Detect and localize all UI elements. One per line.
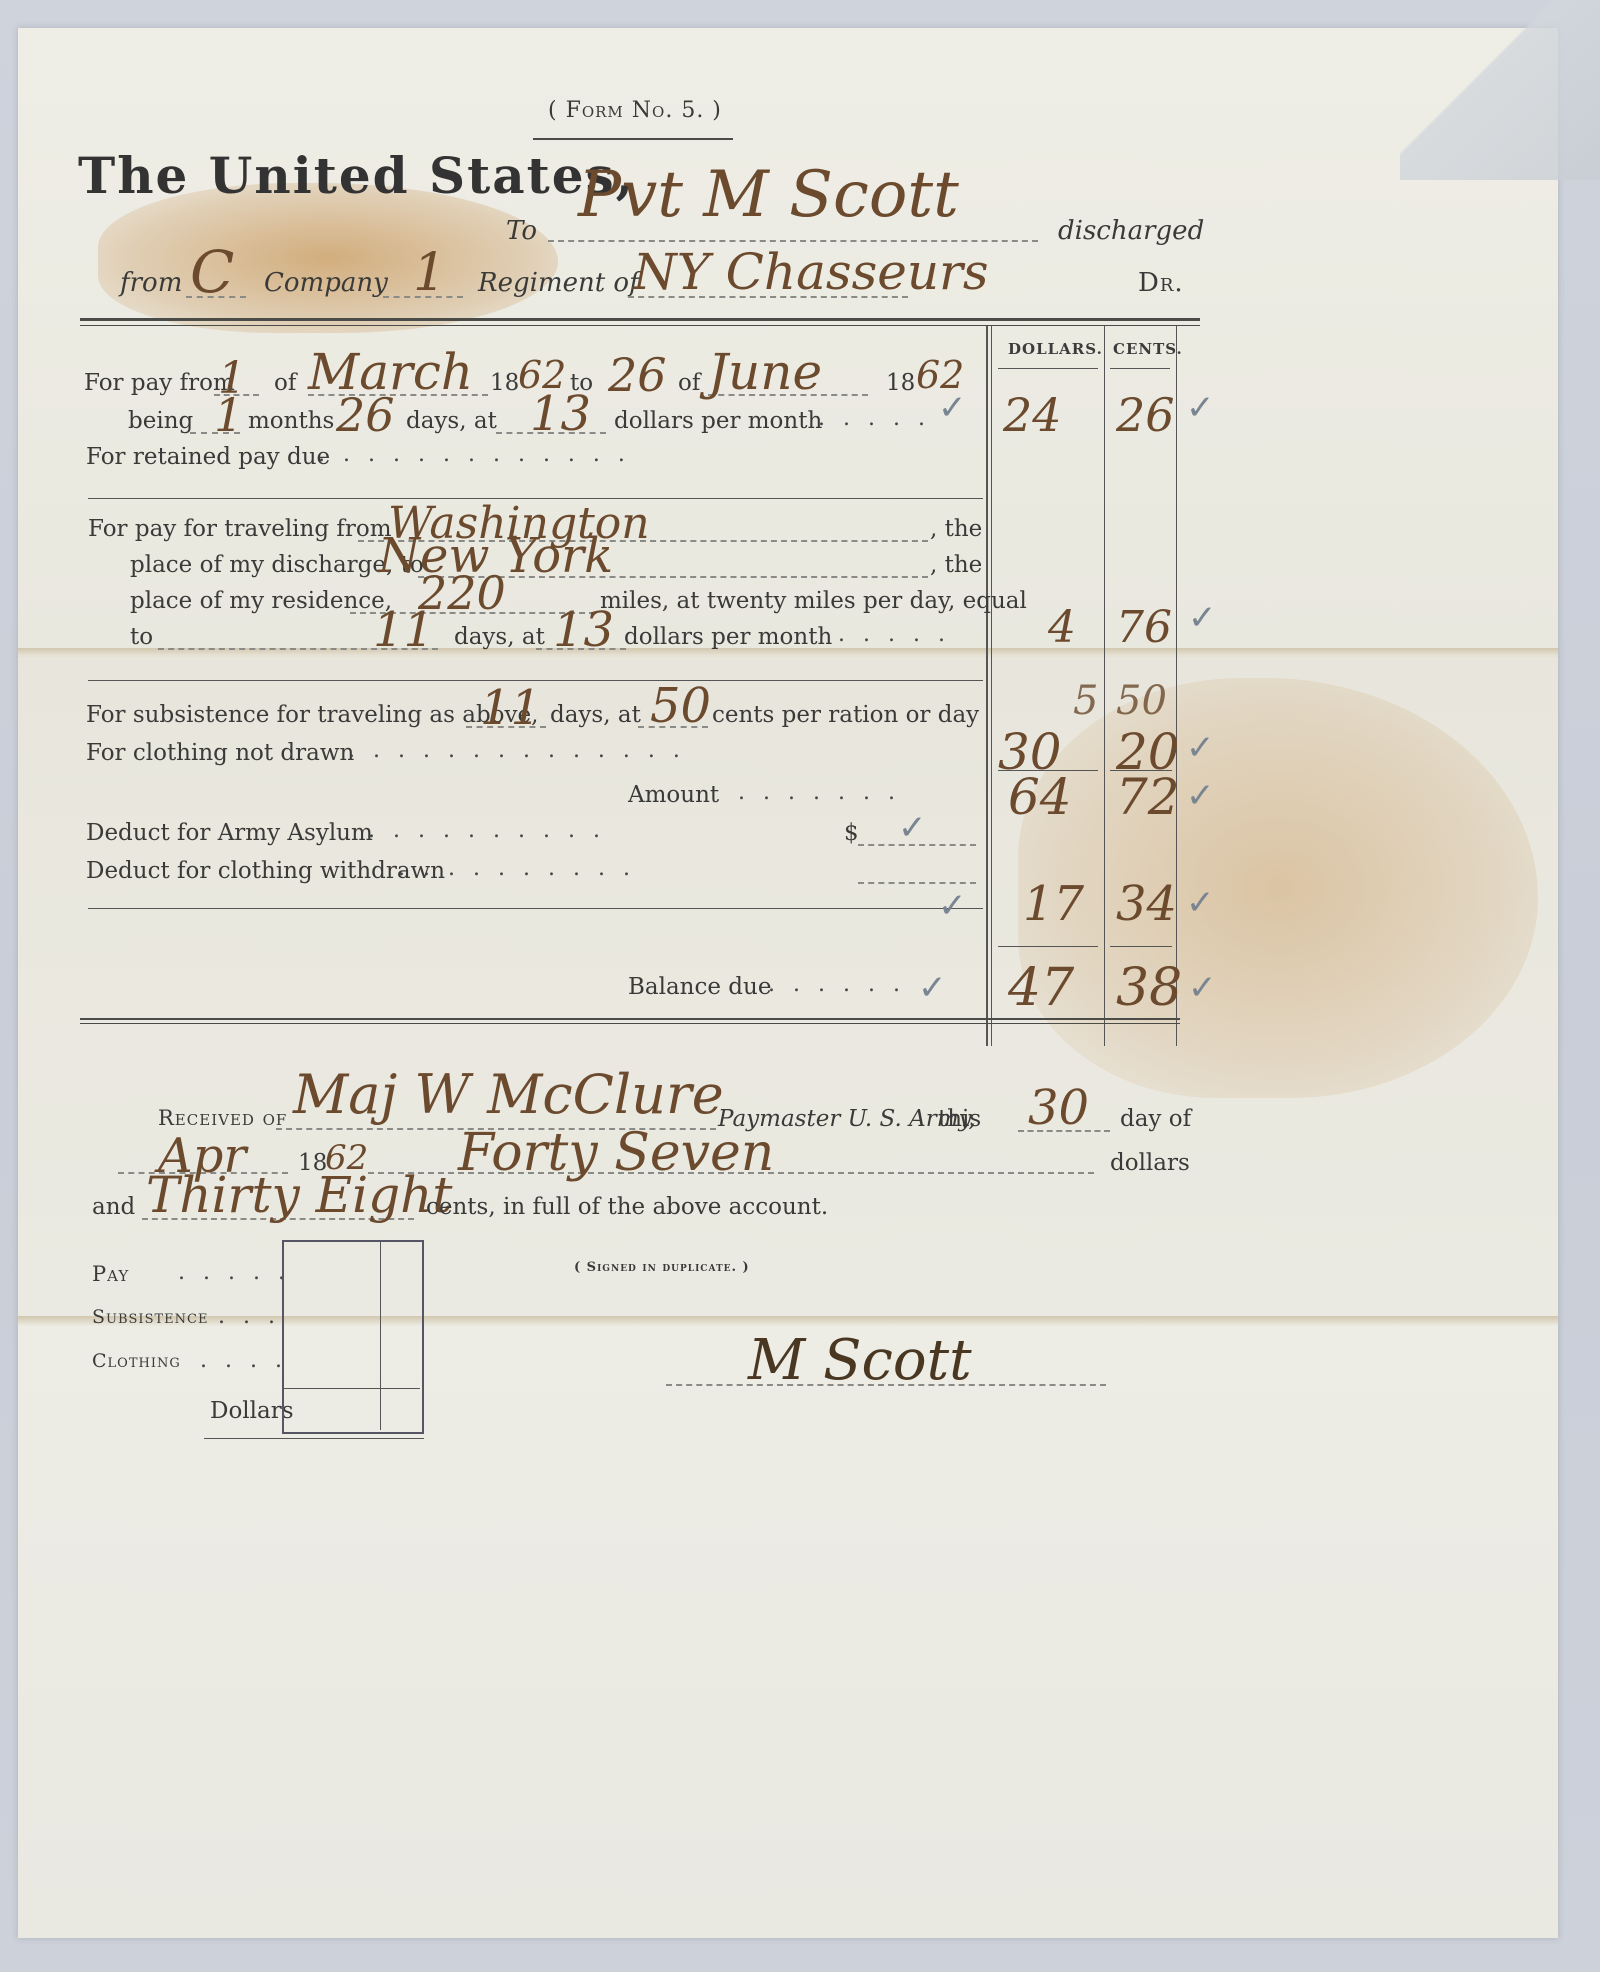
leader-dots: ............. [318,442,643,467]
pay-rate[interactable]: 13 [530,386,591,442]
subsistence-cents[interactable]: 50 [1116,678,1167,724]
regiment-name[interactable]: NY Chasseurs [633,243,989,301]
clothing-withdrawn-label: Deduct for clothing withdrawn [86,858,445,884]
summary-amount-box [282,1240,424,1434]
days-count[interactable]: 26 [336,388,395,442]
leader-dots: ..... [838,622,963,647]
discharge-pay-form: ( Form No. 5. ) The United States, To Pv… [18,28,1558,1938]
dollars-in-words[interactable]: Forty Seven [458,1123,774,1183]
summary-pay-label: Pay [92,1262,129,1286]
to-label: To [506,216,537,246]
company-label: Company [264,268,388,298]
clothing-withdrawn-line [858,882,976,884]
table-bottom-rule-thin [80,1023,1180,1024]
travel-from-label: For pay for traveling from [88,516,392,542]
table-bottom-rule [80,1018,1180,1020]
travel-days-at: days, at [454,624,545,650]
travel-dollars-per-month: dollars per month [624,624,832,650]
balance-due-label: Balance due [628,974,771,1000]
year-prefix-1: 18 [490,370,519,396]
check-mark: ✓ [1186,728,1215,768]
amount-column-divider [986,326,988,1046]
received-of-label: Received of [158,1106,287,1130]
of-label-2: of [678,370,700,396]
clothing-not-drawn-label: For clothing not drawn [86,740,354,766]
check-mark: ✓ [1188,968,1217,1008]
travel-dollars[interactable]: 4 [1048,602,1076,653]
subsistence-label: For subsistence for traveling as above, [86,702,538,728]
cents-text: cents, in full of the above account. [426,1194,828,1220]
leader-dots: .......... [398,856,648,881]
amount-label: Amount [628,782,719,808]
leader-dots: ..... [818,406,943,431]
cents-column-divider [1104,326,1105,1046]
amount-dollars[interactable]: 64 [1008,768,1072,826]
table-top-rule [80,318,1200,321]
cents-in-words[interactable]: Thirty Eight [146,1166,452,1224]
balance-rule-cents [1110,946,1172,947]
glass-edge [1400,0,1600,180]
form-title: The United States, [78,146,635,205]
dollars-header-rule [998,368,1098,369]
day-of-label: day of [1120,1106,1191,1132]
amount-column-divider-thin [991,326,992,1046]
retained-pay-label: For retained pay due [86,444,330,470]
cents-column-header: CENTS. [1113,340,1183,358]
to-label-travel: to [130,624,153,650]
summary-dollars-label: Dollars [210,1398,294,1424]
leader-dots: ....... [738,780,913,805]
receipt-day[interactable]: 30 [1028,1080,1089,1136]
travel-cents[interactable]: 76 [1116,602,1172,653]
check-mark: ✓ [1186,388,1215,428]
summary-clothing-label: Clothing [92,1350,181,1372]
check-mark: ✓ [898,808,927,848]
summary-box-total-rule [284,1388,420,1389]
amount-cents[interactable]: 72 [1116,768,1180,826]
pay-to-day[interactable]: 26 [608,348,667,402]
regiment-label: Regiment of [478,268,639,298]
balance-rule-dollars [998,946,1098,947]
year-prefix-2: 18 [886,370,915,396]
balance-dollars[interactable]: 47 [1008,958,1074,1018]
the-label-2: , the [930,552,982,578]
subsistence-dollars[interactable]: 5 [1073,678,1098,724]
pay-dollars[interactable]: 24 [1003,388,1062,442]
of-label: of [274,370,296,396]
subsistence-days-at: days, at [550,702,641,728]
pay-to-month[interactable]: June [708,343,822,401]
summary-subsistence-label: Subsistence [92,1306,208,1328]
check-mark: ✓ [918,968,947,1008]
leader-dots: ...... [768,972,918,997]
check-mark: ✓ [1186,776,1215,816]
form-number: ( Form No. 5. ) [548,98,722,123]
subsistence-days[interactable]: 11 [480,680,541,736]
deduction-cents[interactable]: 34 [1116,876,1177,932]
dollars-label: dollars [1110,1150,1190,1176]
soldier-signature[interactable]: M Scott [748,1328,972,1393]
payee-name[interactable]: Pvt M Scott [578,158,959,232]
pay-cents[interactable]: 26 [1116,388,1175,442]
regiment-number[interactable]: 1 [413,243,446,303]
pay-from-label: For pay from [84,370,235,396]
check-mark: ✓ [1188,598,1217,638]
cents-header-rule [1110,368,1170,369]
the-label: , the [930,516,982,542]
dollars-per-month-label: dollars per month [614,408,822,434]
signed-in-duplicate-note: ( Signed in duplicate. ) [574,1260,750,1275]
summary-box-bottom [204,1438,424,1439]
months-count[interactable]: 1 [214,388,243,442]
company-letter[interactable]: C [190,238,234,306]
balance-cents[interactable]: 38 [1116,958,1182,1018]
army-asylum-label: Deduct for Army Asylum [86,820,373,846]
being-label: being [128,408,193,434]
days-at-label: days, at [406,408,497,434]
discharged-label: discharged [1058,216,1204,246]
subsistence-cents-rate[interactable]: 50 [650,678,711,734]
form-number-underline [533,138,733,140]
dr-label: Dr. [1138,268,1184,298]
cents-per-ration-label: cents per ration or day [712,702,979,728]
leader-dots: .............. [348,738,698,763]
from-label: from [120,268,182,298]
residence-label: place of my residence, [130,588,392,614]
check-mark: ✓ [1186,883,1215,923]
check-mark: ✓ [938,388,967,428]
months-label: months [248,408,334,434]
deduction-dollars[interactable]: 17 [1023,876,1084,932]
paymaster-name[interactable]: Maj W McClure [293,1063,724,1126]
dollars-column-header: DOLLARS. [1008,340,1103,358]
and-label: and [92,1194,135,1220]
summary-box-divider [380,1242,381,1430]
section-divider [88,908,983,909]
table-top-rule-thin [80,325,1200,326]
this-label: this [938,1106,981,1132]
table-right-edge [1176,326,1177,1046]
travel-days[interactable]: 11 [373,602,434,658]
leader-dots: .......... [368,818,618,843]
payee-field-line [548,240,1038,242]
dollar-sign: $ [844,820,859,846]
check-mark: ✓ [938,886,967,926]
travel-rate[interactable]: 13 [553,602,614,658]
miles-text: miles, at twenty miles per day, equal [600,588,1027,614]
